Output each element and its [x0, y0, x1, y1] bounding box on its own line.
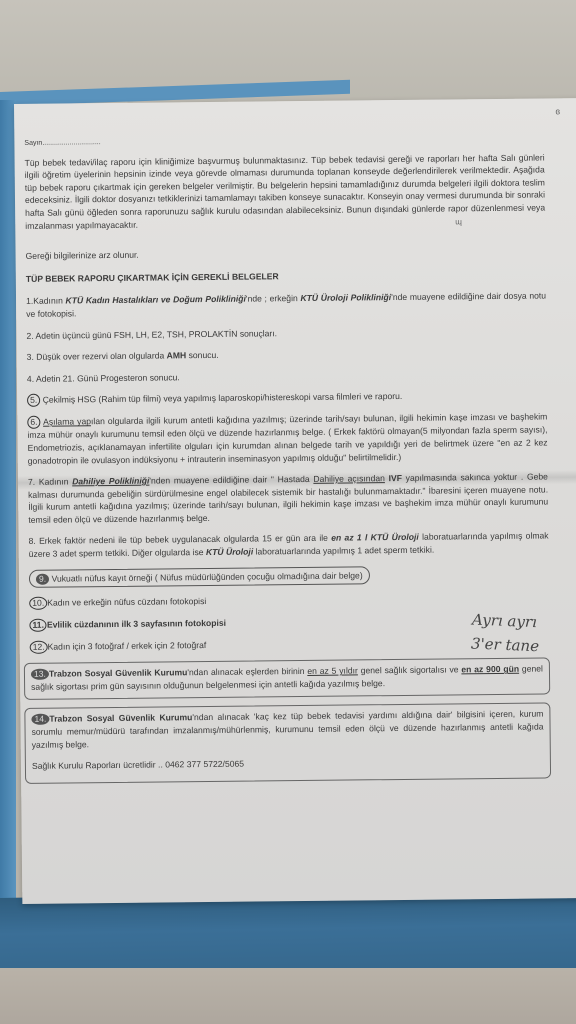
boxed-section: 13.Trabzon Sosyal Güvenlik Kurumu'ndan a… — [24, 658, 550, 701]
floor — [0, 968, 576, 1024]
list-item: 2. Adetin üçüncü günü FSH, LH, E2, TSH, … — [26, 324, 546, 342]
circled-number: 6. — [27, 416, 40, 429]
list-item: 9. Vukuatlı nüfus kayıt örneği ( Nüfus m… — [29, 564, 549, 588]
list-item: 10.Kadın ve erkeğin nüfus cüzdanı fotoko… — [29, 592, 549, 610]
pen-mark: ɞ — [555, 106, 560, 116]
list-item: 3. Düşük over rezervi olan olgularda AMH… — [27, 346, 547, 364]
scribbled-number: 14. — [31, 714, 49, 725]
circled-number: 12. — [30, 641, 48, 654]
list-item: 6. Aşılama yapılan olgularda ilgili kuru… — [27, 411, 548, 467]
blue-surface-left — [0, 100, 16, 980]
list-item: 5. Çekilmiş HSG (Rahim tüp filmi) veya y… — [27, 389, 547, 407]
list-item: 7. Kadının Dahiliye Polikliniği'nden mua… — [28, 471, 548, 527]
list-item: 13.Trabzon Sosyal Güvenlik Kurumu'ndan a… — [31, 663, 543, 694]
circled-text: 9. Vukuatlı nüfus kayıt örneği ( Nüfus m… — [29, 566, 370, 588]
boxed-section: 14.Trabzon Sosyal Güvenlik Kurumu'ndan a… — [24, 703, 551, 784]
salutation: Sayın.............................. — [24, 132, 544, 150]
handwritten-note: Ayrı ayrı 3'er tane — [471, 607, 541, 658]
list-item: 14.Trabzon Sosyal Güvenlik Kurumu'ndan a… — [31, 708, 543, 751]
list-item: 4. Adetin 21. Günü Progesteron sonucu. — [27, 367, 547, 385]
circled-number: 10. — [29, 597, 47, 610]
document-content: Sayın.............................. Tüp … — [24, 132, 551, 791]
scribbled-number: 9. — [36, 573, 49, 584]
circled-number: 11. — [29, 619, 47, 632]
document-paper: ɞ ɰ Sayın.............................. … — [14, 98, 576, 904]
list-item: 1.Kadının KTÜ Kadın Hastalıkları ve Doğu… — [26, 290, 546, 321]
scribbled-number: 13. — [31, 669, 49, 680]
list-item: 8. Erkek faktör nedeni ile tüp bebek uyg… — [29, 530, 549, 561]
circled-number: 5. — [27, 394, 40, 407]
footer-note: Sağlık Kurulu Raporları ücretlidir .. 04… — [32, 755, 544, 773]
section-heading: TÜP BEBEK RAPORU ÇIKARTMAK İÇİN GEREKLİ … — [26, 267, 546, 285]
intro-paragraph: Tüp bebek tedavi/ilaç raporu için kliniğ… — [25, 151, 546, 232]
